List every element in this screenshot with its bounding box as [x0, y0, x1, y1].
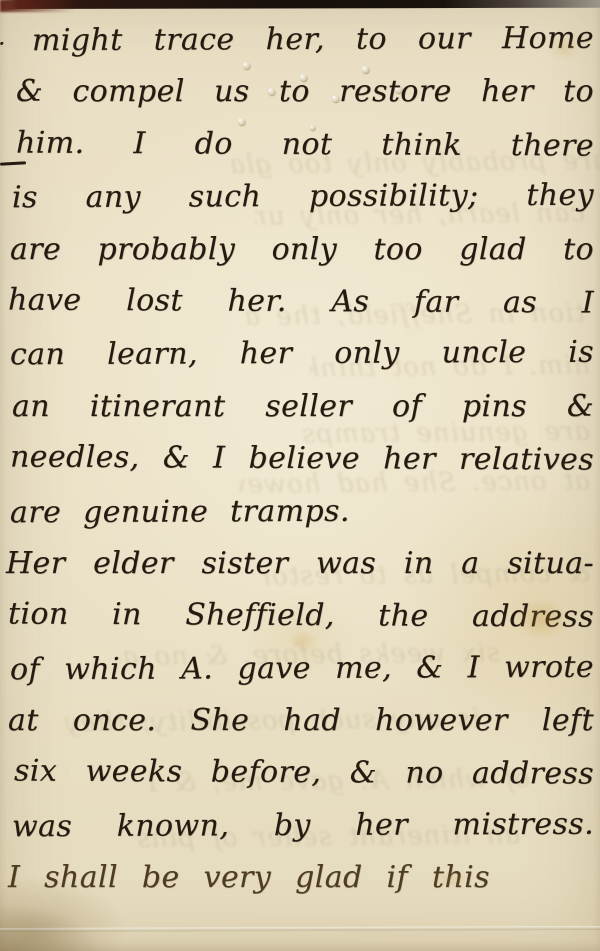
handwritten-line-9: needles, & I believe her relatives [6, 432, 594, 487]
handwritten-line-14: at once. She had however left [6, 695, 594, 747]
corner-smudge [0, 905, 100, 951]
handwritten-line-13: of which A. gave me, & I wrote [6, 641, 594, 696]
handwritten-line-16: was known, by her mistress. [6, 799, 594, 854]
handwritten-line-12: tion in Sheffield, the address [6, 589, 594, 644]
letter-page: are probably only too glad to can learn,… [0, 0, 600, 951]
scan-edge-top-left [0, 0, 74, 12]
handwritten-line-3: him. I do not think there [6, 117, 594, 172]
handwritten-line-2: & compel us to restore her to [6, 66, 594, 118]
handwritten-line-11: Her elder sister was in a situa- [6, 538, 594, 590]
scan-edge-top [0, 0, 600, 9]
handwritten-line-4: is any such possibility; they [6, 170, 594, 225]
handwritten-line-7: can learn, her only uncle is [6, 327, 594, 382]
handwritten-line-5: are probably only too glad to [6, 224, 594, 276]
handwritten-line-15: six weeks before, & no address [6, 746, 594, 801]
handwritten-line-6: have lost her. As far as I [6, 274, 594, 329]
handwritten-line-10: are genuine tramps. [6, 484, 594, 539]
handwritten-line-8: an itinerant seller of pins & [6, 381, 594, 433]
edge-fragment: · [0, 30, 6, 58]
handwritten-line-1: might trace her, to our Home [6, 13, 594, 68]
letter-text: might trace her, to our Home & compel us… [6, 14, 594, 905]
handwritten-line-17: I shall be very glad if this [6, 852, 594, 904]
